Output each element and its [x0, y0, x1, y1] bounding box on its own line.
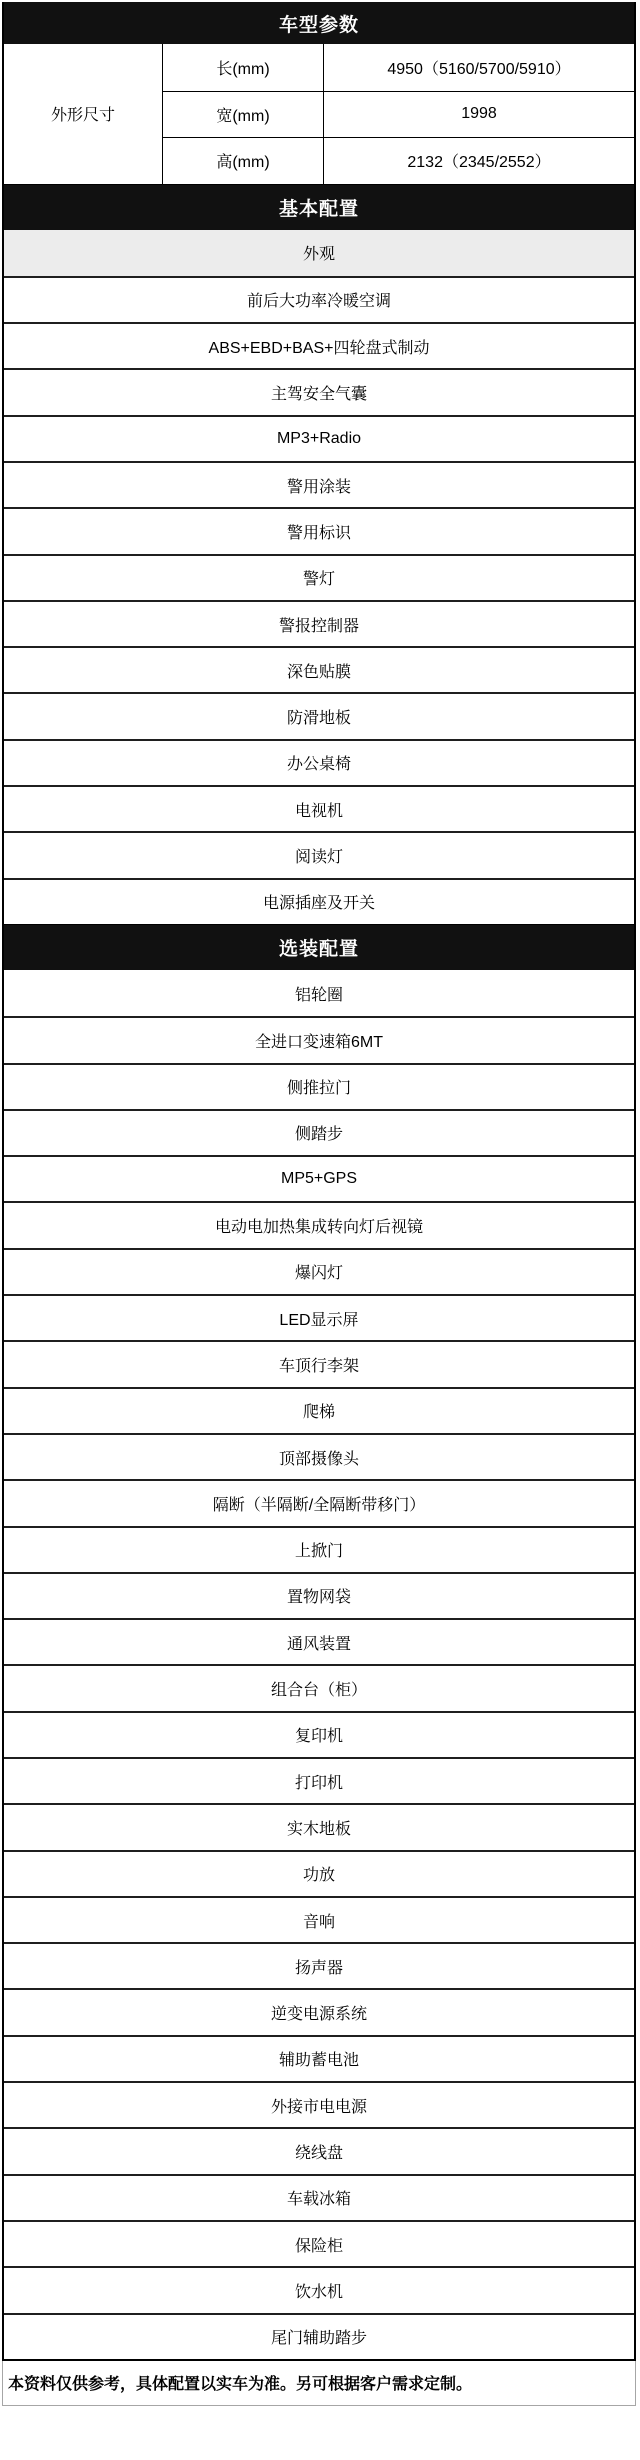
config-row: 警用涂装	[4, 461, 634, 507]
config-row: 深色贴膜	[4, 646, 634, 692]
config-row: 扬声器	[4, 1942, 634, 1988]
config-row: MP5+GPS	[4, 1155, 634, 1201]
config-row: 侧踏步	[4, 1109, 634, 1155]
dimension-label: 长(mm)	[163, 44, 324, 91]
dimension-label: 宽(mm)	[163, 92, 324, 138]
config-row: 主驾安全气囊	[4, 368, 634, 414]
section-header-optional: 选装配置	[4, 924, 634, 970]
config-row: 车顶行李架	[4, 1340, 634, 1386]
spec-table: 车型参数 外形尺寸 长(mm) 4950（5160/5700/5910） 宽(m…	[2, 2, 636, 2361]
config-row: 功放	[4, 1850, 634, 1896]
dimension-value: 1998	[324, 92, 634, 138]
dimensions-rows: 长(mm) 4950（5160/5700/5910） 宽(mm) 1998 高(…	[163, 44, 634, 184]
spec-sheet-page: 车型参数 外形尺寸 长(mm) 4950（5160/5700/5910） 宽(m…	[0, 0, 640, 2406]
config-row: 全进口变速箱6MT	[4, 1016, 634, 1062]
dimensions-group-label: 外形尺寸	[4, 44, 163, 184]
config-row: 顶部摄像头	[4, 1433, 634, 1479]
config-row: 办公桌椅	[4, 739, 634, 785]
config-row: 车载冰箱	[4, 2174, 634, 2220]
config-row: 外接市电电源	[4, 2081, 634, 2127]
config-row: 电动电加热集成转向灯后视镜	[4, 1201, 634, 1247]
config-row: 爆闪灯	[4, 1248, 634, 1294]
config-row: MP3+Radio	[4, 415, 634, 461]
config-row: 上掀门	[4, 1526, 634, 1572]
config-row: 隔断（半隔断/全隔断带移门）	[4, 1479, 634, 1525]
config-row: 前后大功率冷暖空调	[4, 276, 634, 322]
config-row: 绕线盘	[4, 2127, 634, 2173]
config-row: 警报控制器	[4, 600, 634, 646]
config-row: 尾门辅助踏步	[4, 2313, 634, 2359]
config-row: LED显示屏	[4, 1294, 634, 1340]
dimension-value: 4950（5160/5700/5910）	[324, 44, 634, 91]
config-row: 逆变电源系统	[4, 1988, 634, 2034]
config-row: 外观	[4, 230, 634, 276]
dimension-row: 宽(mm) 1998	[163, 91, 634, 138]
config-row: 通风装置	[4, 1618, 634, 1664]
config-row: 组合台（柜）	[4, 1664, 634, 1710]
config-row: 电视机	[4, 785, 634, 831]
config-row: 侧推拉门	[4, 1063, 634, 1109]
basic-config-list: 外观前后大功率冷暖空调ABS+EBD+BAS+四轮盘式制动主驾安全气囊MP3+R…	[4, 230, 634, 924]
config-row: 防滑地板	[4, 692, 634, 738]
config-row: 电源插座及开关	[4, 878, 634, 924]
dimension-value: 2132（2345/2552）	[324, 138, 634, 184]
dimensions-section: 外形尺寸 长(mm) 4950（5160/5700/5910） 宽(mm) 19…	[4, 44, 634, 184]
footer-note: 本资料仅供参考，具体配置以实车为准。另可根据客户需求定制。	[2, 2361, 636, 2406]
table-title: 车型参数	[4, 2, 634, 44]
config-row: 警用标识	[4, 507, 634, 553]
config-row: 复印机	[4, 1711, 634, 1757]
config-row: 保险柜	[4, 2220, 634, 2266]
section-header-basic: 基本配置	[4, 184, 634, 230]
config-row: 音响	[4, 1896, 634, 1942]
config-row: 打印机	[4, 1757, 634, 1803]
config-row: 爬梯	[4, 1387, 634, 1433]
config-row: 辅助蓄电池	[4, 2035, 634, 2081]
dimension-label: 高(mm)	[163, 138, 324, 184]
dimension-row: 高(mm) 2132（2345/2552）	[163, 137, 634, 184]
config-row: 警灯	[4, 554, 634, 600]
dimension-row: 长(mm) 4950（5160/5700/5910）	[163, 44, 634, 91]
optional-config-list: 铝轮圈全进口变速箱6MT侧推拉门侧踏步MP5+GPS电动电加热集成转向灯后视镜爆…	[4, 970, 634, 2359]
config-row: 铝轮圈	[4, 970, 634, 1016]
config-row: 阅读灯	[4, 831, 634, 877]
config-row: ABS+EBD+BAS+四轮盘式制动	[4, 322, 634, 368]
config-row: 饮水机	[4, 2266, 634, 2312]
config-row: 实木地板	[4, 1803, 634, 1849]
config-row: 置物网袋	[4, 1572, 634, 1618]
